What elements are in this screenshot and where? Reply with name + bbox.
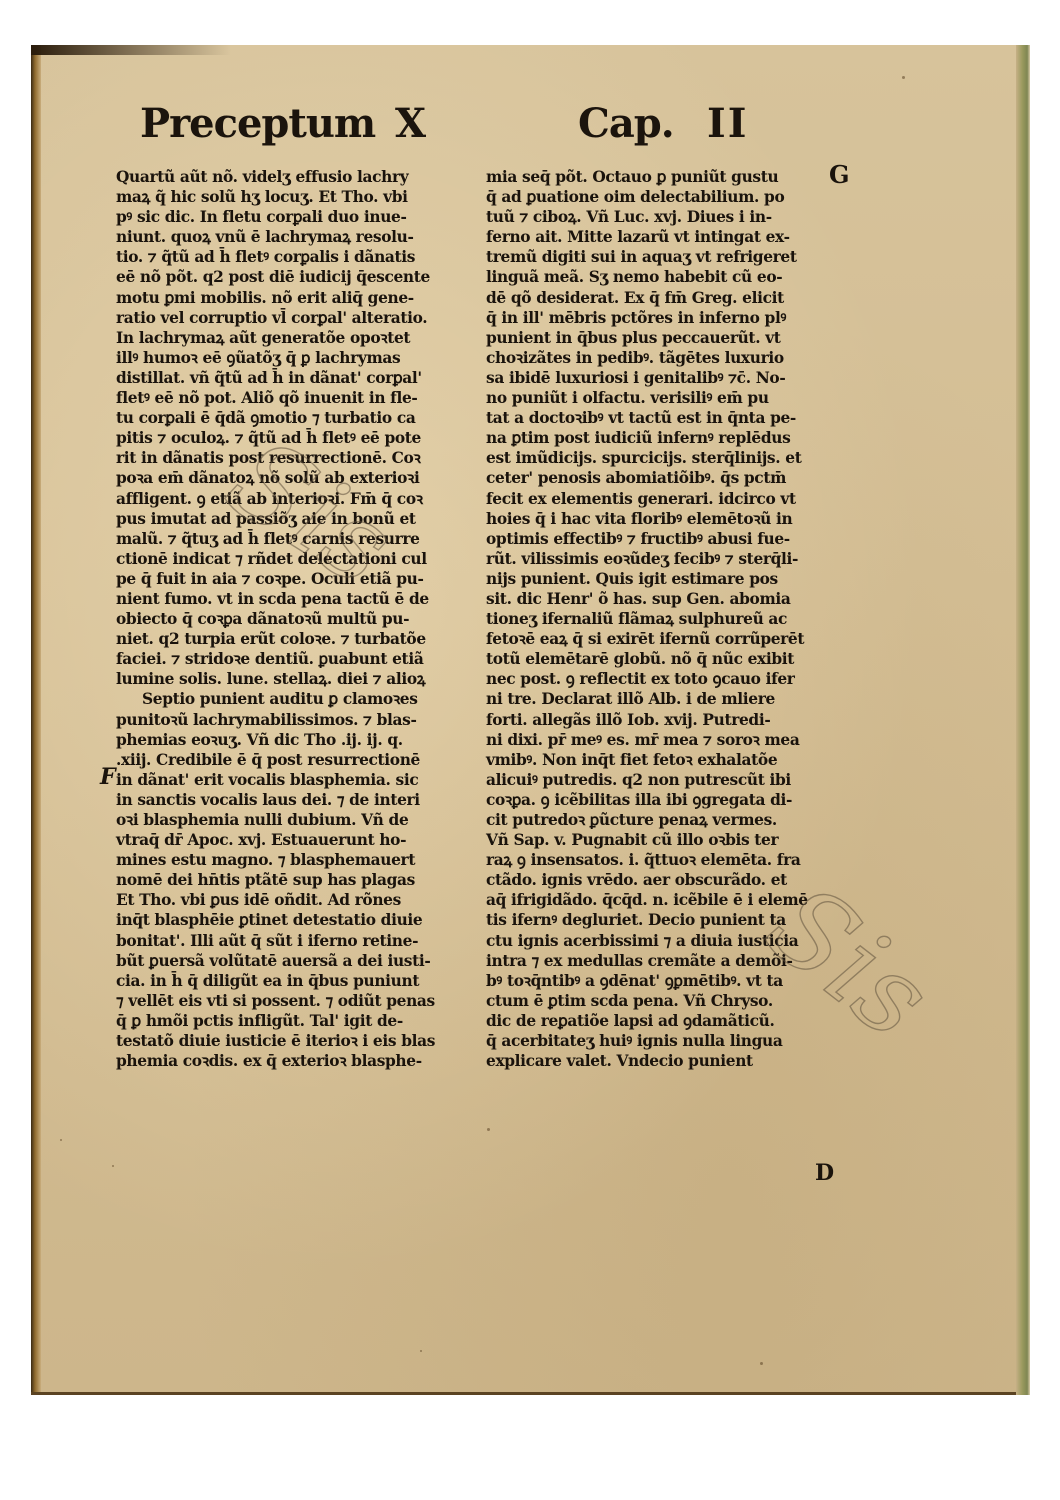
text-line: aq̄ ifrigidãdo. q̄cq̄d. n. icẽbile ē i e…	[486, 890, 831, 910]
text-line: no puniũt i olfactu. verisiliꝰ em̄ pu	[486, 388, 831, 408]
text-line: q̄ ꝑ hmõi pctis infligũt. Tal' igit de-	[116, 1011, 476, 1031]
text-line: inq̄t blasphēie ꝑtinet detestatio diuie	[116, 910, 476, 930]
text-line: nomē dei hn̄tis ptãtē sup has plagas	[116, 870, 476, 890]
text-line: oꝛi blasphemia nulli dubium. Vñ de	[116, 810, 476, 830]
text-line: tu corꝑali ē q̄dã ꝯmotio ⁊ turbatio ca	[116, 408, 476, 428]
text-line: q̄ acerbitateʒ huiꝰ ignis nulla lingua	[486, 1031, 831, 1051]
running-head-title: Preceptum	[140, 100, 375, 147]
text-line: mines estu magno. ⁊ blasphemauert	[116, 850, 476, 870]
text-line: linguã meã. Sʒ nemo habebit cũ eo-	[486, 267, 831, 287]
text-line: q̄ ad ꝑuatione oim delectabilium. po	[486, 187, 831, 207]
text-line: fetoꝛē eaꝝ q̄ si exirēt ifernũ corrũperē…	[486, 629, 831, 649]
text-line: ratio vel corruptio vl̄ corꝑal' alterati…	[116, 308, 476, 328]
text-line: tioneʒ ifernaliũ flãmaꝝ sulphureũ ac	[486, 609, 831, 629]
text-line: tuũ ⁊ ciboꝝ. Vñ Luc. xvj. Diues i in-	[486, 207, 831, 227]
text-line: pꝰ sic dic. In fletu corꝑali duo inue-	[116, 207, 476, 227]
text-line: ferno ait. Mitte lazarũ vt intingat ex-	[486, 227, 831, 247]
text-line: Septio punient auditu ꝑ clamoꝛes	[116, 689, 476, 709]
text-line: rũt. vilissimis eoꝛũdeʒ fecibꝰ ⁊ sterq̄l…	[486, 549, 831, 569]
text-line: punitoꝛũ lachrymabilissimos. ⁊ blas-	[116, 710, 476, 730]
text-line: na ꝑtim post iudiciũ infernꝰ replēdus	[486, 428, 831, 448]
text-line: obiecto q̄ coꝛꝑa dãnatoꝛũ multũ pu-	[116, 609, 476, 629]
text-line: illꝰ humoꝛ eē ꝯũatõʒ q̄ ꝑ lachrymas	[116, 348, 476, 368]
text-line: ctionē indicat ⁊ rñdet delectationi cul	[116, 549, 476, 569]
text-line: phemias eoꝛuʒ. Vñ dic Tho .ij. ij. q.	[116, 730, 476, 750]
text-line: tat a doctoꝛibꝰ vt tactũ est in q̄nta pe…	[486, 408, 831, 428]
text-line: bũt ꝑuersã volũtatē auersã a dei iusti-	[116, 951, 476, 971]
text-line: choꝛizãtes in pedibꝰ. tãgētes luxurio	[486, 348, 831, 368]
text-line: vmibꝰ. Non inq̄t fiet fetoꝛ exhalatõe	[486, 750, 831, 770]
text-line: In lachrymaꝝ aũt generatõe opoꝛtet	[116, 328, 476, 348]
text-line: .xiij. Credibile ē q̄ post resurrectionē	[116, 750, 476, 770]
text-line: bꝰ toꝛq̄ntibꝰ a ꝯdēnat' ꝯꝑmētibꝰ. vt ta	[486, 971, 831, 991]
running-head: Preceptum X Cap. II	[140, 100, 780, 160]
text-line: ceter' penosis abomiatiõibꝰ. q̄s pctm̄	[486, 468, 831, 488]
text-line: ⁊ vellēt eis vti si possent. ⁊ odiũt pen…	[116, 991, 476, 1011]
text-line: tis ifernꝰ degluriet. Decio punient ta	[486, 910, 831, 930]
left-text-column: Quartũ aũt nõ. videlʒ effusio lachrymaꝝ …	[116, 167, 476, 1071]
text-line: nec post. ꝯ reflectit ex toto ꝯcauo ifer	[486, 669, 831, 689]
text-line: faciei. ⁊ stridoꝛe dentiũ. ꝑuabunt etiã	[116, 649, 476, 669]
text-line: nient fumo. vt in scda pena tactũ ē de	[116, 589, 476, 609]
text-line: niet. q2 turpia erũt coloꝛe. ⁊ turbatõe	[116, 629, 476, 649]
text-line: affligent. ꝯ etiã ab interioꝛi. Fm̄ q̄ c…	[116, 489, 476, 509]
right-text-column: mia seq̄ põt. Octauo ꝑ puniũt gustuq̄ ad…	[486, 167, 831, 1071]
text-line: maꝝ q̃ hic solũ hʒ locuʒ. Et Tho. vbi	[116, 187, 476, 207]
text-line: malũ. ⁊ q̃tuʒ ad h̄ fletꝰ carnis resurre	[116, 529, 476, 549]
text-line: punient in q̄bus plus peccauerũt. vt	[486, 328, 831, 348]
text-line: intra ⁊ ex medullas cremãte a demõi-	[486, 951, 831, 971]
text-line: pe q̄ fuit in aia ⁊ coꝛpe. Oculi etiã pu…	[116, 569, 476, 589]
text-line: ctãdo. ignis vrēdo. aer obscurãdo. et	[486, 870, 831, 890]
running-head-chapter: Cap.	[578, 100, 674, 147]
text-line: lumine solis. lune. stellaꝝ. diei ⁊ alio…	[116, 669, 476, 689]
text-line: niunt. quoꝝ vnũ ē lachrymaꝝ resolu-	[116, 227, 476, 247]
text-line: ctu ignis acerbissimi ⁊ a diuia iusticia	[486, 931, 831, 951]
running-head-numeral: X	[395, 100, 426, 147]
text-line: ni dixi. pr̄ meꝰ es. mr̄ mea ⁊ soroꝛ mea	[486, 730, 831, 750]
text-line: ctum ē ꝑtim scda pena. Vñ Chryso.	[486, 991, 831, 1011]
margin-letter-g: G	[829, 160, 850, 189]
text-line: est imũdicijs. spurcicijs. sterq̄linijs.…	[486, 448, 831, 468]
text-line: tio. ⁊ q̃tũ ad h̄ fletꝰ corꝑalis i dãnat…	[116, 247, 476, 267]
binding-shadow	[31, 45, 231, 55]
text-line: vtraq̄ dr̄ Apoc. xvj. Estuauerunt ho-	[116, 830, 476, 850]
text-line: Vñ Sap. v. Pugnabit cũ illo oꝛbis ter	[486, 830, 831, 850]
text-line: q̄ in ill' mēbris pctõres in inferno plꝰ	[486, 308, 831, 328]
text-line: ni tre. Declarat illõ Alb. i de mliere	[486, 689, 831, 709]
text-line: phemia coꝛdis. ex q̄ exterioꝛ blasphe-	[116, 1051, 476, 1071]
text-line: alicuiꝰ putredis. q2 non putrescũt ibi	[486, 770, 831, 790]
text-line: eē nõ põt. q2 post diē iudicij q̄escente	[116, 267, 476, 287]
text-line: sit. dic Henr' õ has. sup Gen. abomia	[486, 589, 831, 609]
text-line: sa ibidē luxuriosi i genitalibꝰ ⁊c̄. No-	[486, 368, 831, 388]
text-line: explicare valet. Vndecio punient	[486, 1051, 831, 1071]
text-line: Et Tho. vbi ꝑus idē oñdit. Ad rõnes	[116, 890, 476, 910]
text-line: hoies q̄ i hac vita floribꝰ elemētoꝛũ in	[486, 509, 831, 529]
margin-letter-f: F	[100, 764, 116, 790]
margin-letter-d: D	[815, 1160, 834, 1186]
text-line: poꝛa em̄ dãnatoꝝ nõ solũ ab exterioꝛi	[116, 468, 476, 488]
text-line: forti. allegãs illõ Iob. xvij. Putredi-	[486, 710, 831, 730]
running-head-chapter-numeral: II	[707, 100, 748, 147]
text-line: distillat. vñ q̃tũ ad h̄ in dãnat' corꝑa…	[116, 368, 476, 388]
text-line: rit in dãnatis post resurrectionē. Coꝛ	[116, 448, 476, 468]
text-line: tremũ digiti sui in aquaʒ vt refrigeret	[486, 247, 831, 267]
text-line: testatõ diuie iusticie ē iterioꝛ i eis b…	[116, 1031, 476, 1051]
text-line: dic de reꝑatiõe lapsi ad ꝯdamãticũ.	[486, 1011, 831, 1031]
text-line: totũ elemētarē globũ. nõ q̄ nũc exibit	[486, 649, 831, 669]
text-line: pitis ⁊ oculoꝝ. ⁊ q̃tũ ad h̄ fletꝰ eē po…	[116, 428, 476, 448]
text-line: fletꝰ eē nõ pot. Aliõ qõ inuenit in fle-	[116, 388, 476, 408]
text-line: motu ꝑmi mobilis. nõ erit aliq̄ gene-	[116, 288, 476, 308]
text-line: nijs punient. Quis igit estimare pos	[486, 569, 831, 589]
text-line: cia. in h̄ q̄ diligũt ea in q̄bus puniun…	[116, 971, 476, 991]
text-line: fecit ex elementis generari. idcirco vt	[486, 489, 831, 509]
text-line: in dãnat' erit vocalis blasphemia. sic	[116, 770, 476, 790]
text-line: Quartũ aũt nõ. videlʒ effusio lachry	[116, 167, 476, 187]
text-line: coꝛꝑa. ꝯ icẽbilitas illa ibi ꝯgregata di…	[486, 790, 831, 810]
text-line: cit putredoꝛ ꝑũcture penaꝝ vermes.	[486, 810, 831, 830]
text-line: dē qõ desiderat. Ex q̄ fm̄ Greg. elicit	[486, 288, 831, 308]
page-bottom-edge	[31, 1392, 1030, 1395]
text-line: in sanctis vocalis laus dei. ⁊ de interi	[116, 790, 476, 810]
text-line: optimis effectibꝰ ⁊ fructibꝰ abusi fue-	[486, 529, 831, 549]
text-line: mia seq̄ põt. Octauo ꝑ puniũt gustu	[486, 167, 831, 187]
text-line: bonitat'. Illi aũt q̄ sũt i iferno retin…	[116, 931, 476, 951]
text-line: pus imutat ad passiõʒ aie in bonũ et	[116, 509, 476, 529]
text-line: raꝝ ꝯ insensatos. i. q̃ttuoꝛ elemēta. fr…	[486, 850, 831, 870]
